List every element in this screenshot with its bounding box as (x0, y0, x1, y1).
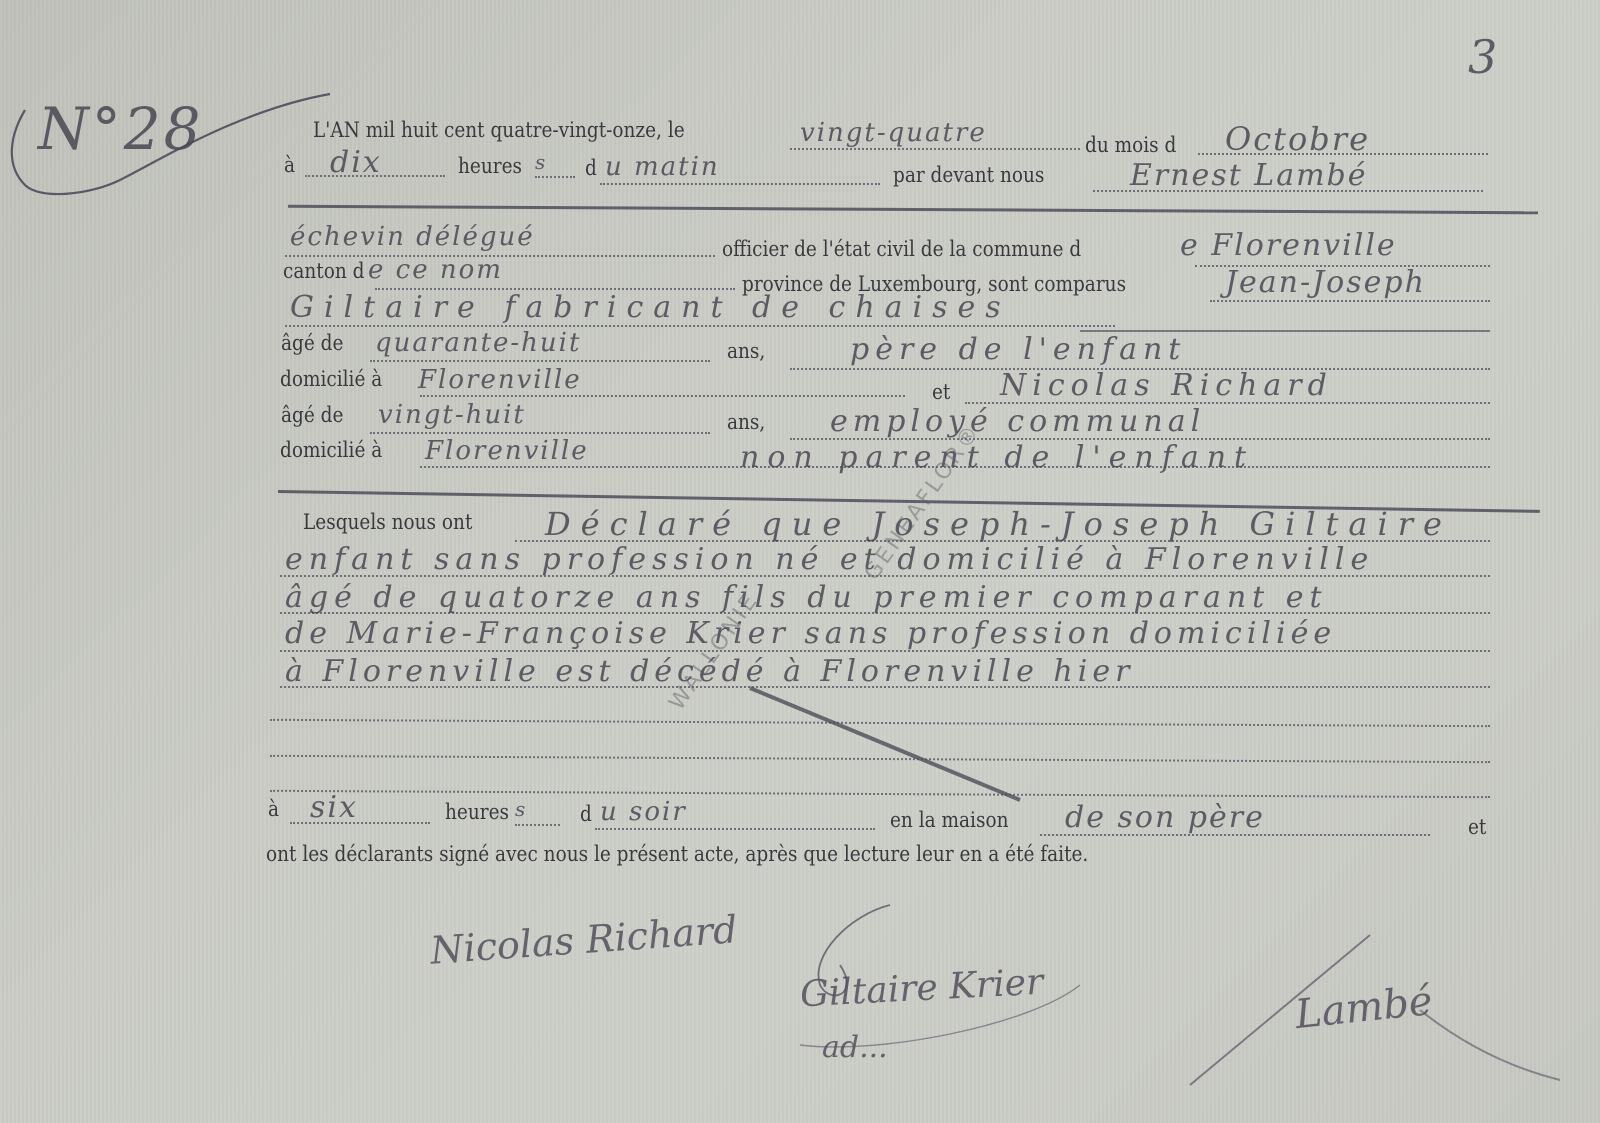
section-rule (288, 205, 1538, 215)
record-number: N°28 (38, 95, 204, 163)
declaration-line-1: Déclaré que Joseph-Joseph Giltaire (545, 505, 1452, 543)
years1-label: ans, (727, 339, 765, 363)
declaration-line-2: enfant sans profession né et domicilié à… (285, 542, 1374, 577)
witness2-name: Nicolas Richard (1000, 368, 1333, 403)
footer-et-label: et (1468, 815, 1486, 839)
dotted-line (535, 176, 575, 178)
record-number-block: N°28 (0, 90, 340, 210)
month-label: du mois d (1085, 133, 1176, 157)
footer-hour-label: heures (445, 800, 509, 824)
footer-period-value: u soir (600, 797, 687, 827)
witness1-occupation: Giltaire fabricant de chaises (290, 290, 1011, 325)
header-line1: L'AN mil huit cent quatre-vingt-onze, le (313, 118, 685, 142)
month-value: Octobre (1225, 120, 1370, 158)
age2-value: vingt-huit (378, 400, 526, 430)
hour-suffix: s (535, 150, 547, 174)
footer-hour-suffix: s (515, 797, 527, 821)
relation-note: non parent de l'enfant (740, 440, 1254, 475)
dotted-line (595, 828, 875, 830)
d-label: d (585, 156, 597, 180)
canton-value: e ce nom (368, 255, 503, 285)
page-number-mark: 3 (1468, 30, 1497, 84)
hour-label: heures (458, 154, 522, 178)
canton-label: canton d (283, 259, 364, 283)
dotted-line (370, 360, 710, 362)
house-value: de son père (1065, 800, 1265, 835)
domicile2-value: Florenville (425, 436, 589, 466)
age1-value: quarante-huit (375, 328, 581, 358)
signature-note: ad... (822, 1030, 888, 1065)
cancel-strike-icon (740, 680, 1040, 810)
domicile1-value: Florenville (418, 365, 582, 395)
signature-nicolas-richard: Nicolas Richard (429, 907, 739, 972)
dotted-line (1210, 300, 1490, 302)
years2-label: ans, (727, 410, 765, 434)
officer-label: officier de l'état civil de la commune d (722, 237, 1081, 261)
a-label: à (284, 153, 295, 177)
footer-hour-value: six (310, 790, 358, 825)
domicile1-label: domicilié à (280, 367, 382, 391)
and-label: et (932, 380, 950, 404)
footer-d-label: d (580, 802, 592, 826)
witness1-name: Jean-Joseph (1225, 265, 1426, 300)
age1-label: âgé de (281, 331, 343, 355)
house-label: en la maison (890, 808, 1008, 832)
declaration-line-3: âgé de quatorze ans fils du premier comp… (285, 580, 1328, 615)
before-label: par devant nous (893, 163, 1044, 187)
relation1-value: père de l'enfant (850, 332, 1186, 367)
age2-label: âgé de (281, 403, 343, 427)
footer-a-label: à (268, 797, 279, 821)
dotted-line (370, 432, 710, 434)
closing-line: ont les déclarants signé avec nous le pr… (266, 842, 1088, 866)
declaration-label: Lesquels nous ont (303, 510, 472, 534)
relation2-value: employé communal (830, 404, 1205, 439)
commune-value: e Florenville (1180, 228, 1397, 263)
officer-name: Ernest Lambé (1130, 158, 1368, 193)
hour-value: dix (330, 145, 382, 180)
day-value: vingt-quatre (800, 118, 987, 148)
dotted-line (420, 395, 905, 397)
dotted-line (515, 824, 560, 826)
domicile2-label: domicilié à (280, 438, 382, 462)
officer-title: échevin délégué (290, 222, 535, 252)
period-value: u matin (605, 152, 720, 182)
declaration-line-4: de Marie-Françoise Krier sans profession… (285, 616, 1336, 651)
dotted-line (600, 183, 880, 185)
dotted-line (285, 325, 1115, 327)
dotted-line (790, 148, 1080, 150)
